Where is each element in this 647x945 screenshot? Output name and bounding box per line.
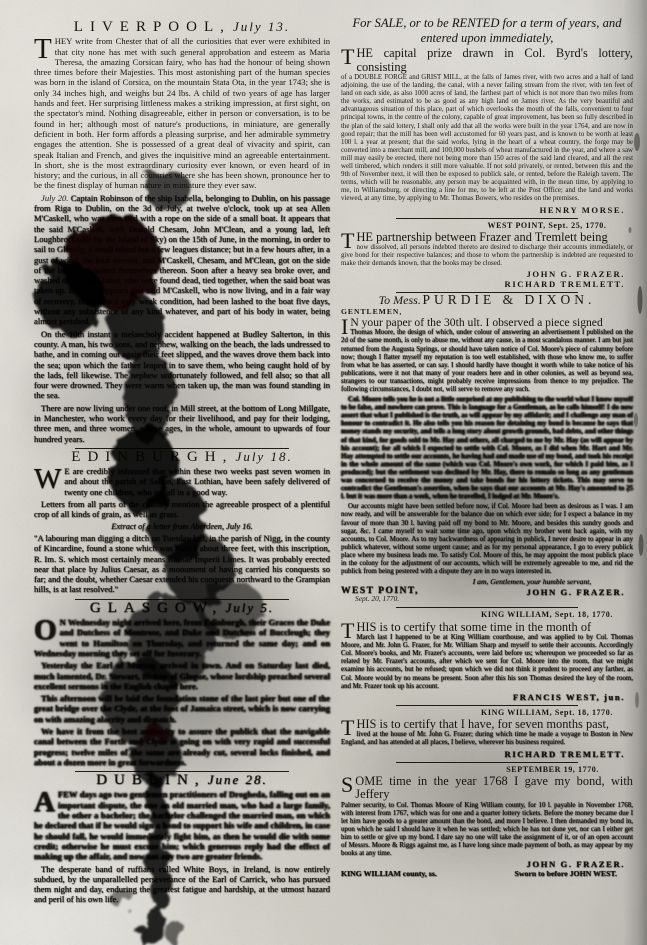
drop-cap: O xyxy=(34,617,60,642)
drop-cap: S xyxy=(341,775,355,794)
left-column: LIVERPOOL, July 13. THEY write from Ches… xyxy=(34,20,330,907)
drop-cap: T xyxy=(341,621,356,640)
drop-cap: T xyxy=(341,718,356,737)
paragraph-text: FEW days ago two gentlemen practitioners… xyxy=(34,789,330,861)
section-divider xyxy=(396,607,577,608)
drop-cap: T xyxy=(341,47,356,66)
dateline-king-william-1: KING WILLIAM, Sept. 18, 1770. xyxy=(341,611,633,619)
paragraph: "A labouring man digging a ditch on Tues… xyxy=(34,533,330,595)
paragraph: WE are credibly informed that within the… xyxy=(34,466,330,497)
paragraph-text: There are now living under one roof, in … xyxy=(34,403,330,444)
paragraph-text: We have it from the best authority to as… xyxy=(34,726,330,767)
drop-cap: I xyxy=(341,317,350,336)
letter-paragraph: Col. Moore tells you he is not a little … xyxy=(341,396,633,501)
paragraph: Letters from all parts of the country me… xyxy=(34,499,330,520)
paragraph: This afternoon will be laid the foundati… xyxy=(34,693,330,724)
letter-text: Col. Moore tells you he is not a little … xyxy=(341,396,633,500)
headline-date: June 28. xyxy=(208,772,268,787)
letter-signature-row: WEST POINT, Sept. 20, 1770. JOHN G. FRAZ… xyxy=(341,587,633,603)
drop-cap: A xyxy=(34,789,58,814)
paragraph-text: Captain Robinson of the ship Isabella, b… xyxy=(34,193,330,327)
paragraph-text: Letters from all parts of the country me… xyxy=(34,499,330,519)
letter-paragraph: Our accounts might have been settled bef… xyxy=(341,503,633,576)
paragraph-text: On the 10th instant a melancholy acciden… xyxy=(34,329,330,401)
certificate-lead: HIS is to certify that I have, for seven… xyxy=(356,717,609,731)
letter-paragraph: IN your paper of the 30th ult. I observe… xyxy=(341,317,633,394)
signature-john-g-frazer: JOHN G. FRAZER. xyxy=(341,860,633,868)
notice: SOME time in the year 1768 I gave my bon… xyxy=(341,775,633,859)
certificate: THIS is to certify that some time in the… xyxy=(341,621,633,691)
paragraph: We have it from the best authority to as… xyxy=(34,726,330,767)
signature-francis-west: FRANCIS WEST, jun. xyxy=(341,693,633,701)
for-sale-heading: For SALE, or to be RENTED for a term of … xyxy=(341,16,633,45)
paragraph-text: "A labouring man digging a ditch on Tues… xyxy=(34,533,330,594)
paragraph: The desperate band of ruffians called Wh… xyxy=(34,864,330,905)
notice-lead: OME time in the year 1768 I gave my bond… xyxy=(355,774,633,802)
notice-lead: HE partnership between Frazer and Tremle… xyxy=(356,230,607,244)
letter-text: Thomas Moore, the design of which, under… xyxy=(341,329,633,393)
signature-richard-tremlett: RICHARD TREMLETT. xyxy=(341,280,633,288)
paragraph-text: HEY write from Chester that of all the c… xyxy=(34,36,330,190)
headline-city: EDINBURGH, xyxy=(71,449,233,465)
headline-liverpool: LIVERPOOL, July 13. xyxy=(34,22,330,33)
paragraph: July 20. Captain Robinson of the ship Is… xyxy=(34,193,330,327)
section-divider xyxy=(396,218,577,219)
headline-city: GLASGOW, xyxy=(90,600,223,616)
headline-date: July 5. xyxy=(225,600,274,615)
certificate-text: lived at the house of Mr. John G. Frazer… xyxy=(341,731,633,746)
sworn-county: KING WILLIAM county, ss. xyxy=(341,870,437,878)
extract-heading: Extract of a letter from Aberdeen, July … xyxy=(34,522,330,532)
newspaper-page: LIVERPOOL, July 13. THEY write from Ches… xyxy=(0,0,647,945)
headline-city: LIVERPOOL, xyxy=(74,19,231,35)
notice-text: now dissolved, all persons indebted ther… xyxy=(341,244,633,267)
headline-date: July 13. xyxy=(233,19,290,34)
paragraph-text: E are credibly informed that within thes… xyxy=(64,466,330,497)
paragraph-text: N Wednesday night arrived here, from Edi… xyxy=(34,617,330,658)
certificate-lead: HIS is to certify that some time in the … xyxy=(356,620,591,634)
letter-to: To Mess. xyxy=(379,293,421,307)
letter-salutation: GENTLEMEN, xyxy=(341,308,633,316)
notice-text: Palmer security, to Col. Thomas Moore of… xyxy=(341,802,633,858)
letter-place: WEST POINT, xyxy=(341,587,419,595)
drop-cap: T xyxy=(341,231,356,250)
signature-john-g-frazer: JOHN G. FRAZER. xyxy=(527,588,633,596)
ad-lead: HE capital prize drawn in Col. Byrd's lo… xyxy=(356,46,633,74)
signature-john-g-frazer: JOHN G. FRAZER. xyxy=(341,270,633,278)
dateline-west-point: WEST POINT, Sept. 25, 1770. xyxy=(341,222,633,230)
certificate-text: March last I happened to be at King Will… xyxy=(341,634,633,690)
paragraph-lead: July 20. xyxy=(41,193,68,203)
headline-edinburgh: EDINBURGH, July 18. xyxy=(34,452,330,463)
signature-richard-tremlett: RICHARD TREMLETT. xyxy=(341,750,633,758)
paragraph: There are now living under one roof, in … xyxy=(34,403,330,444)
right-column: For SALE, or to be RENTED for a term of … xyxy=(341,16,633,878)
dateline-king-william-2: KING WILLIAM, Sept. 18, 1770. xyxy=(341,709,633,717)
paragraph: On the 10th instant a melancholy acciden… xyxy=(34,329,330,401)
for-sale-line2: entered upon immediately, xyxy=(341,31,633,46)
headline-dublin: DUBLIN, June 28. xyxy=(34,775,330,786)
headline-date: July 18. xyxy=(236,449,293,464)
letter-text: Our accounts might have been settled bef… xyxy=(341,503,633,575)
drop-cap: T xyxy=(34,36,55,61)
paragraph: ON Wednesday night arrived here, from Ed… xyxy=(34,617,330,658)
certificate: THIS is to certify that I have, for seve… xyxy=(341,718,633,748)
for-sale-line1: For SALE, or to be RENTED for a term of … xyxy=(341,16,633,31)
letter-heading: To Mess. PURDIE & DIXON. xyxy=(341,296,633,307)
notice: THE partnership between Frazer and Treml… xyxy=(341,231,633,269)
letter-addressees: PURDIE & DIXON. xyxy=(423,292,596,307)
dateline-september: SEPTEMBER 19, 1770. xyxy=(341,766,633,774)
letter-place-block: WEST POINT, Sept. 20, 1770. xyxy=(341,587,419,603)
sworn-before: Sworn to before JOHN WEST. xyxy=(515,870,617,878)
letter-date: Sept. 20, 1770. xyxy=(341,595,419,603)
section-divider xyxy=(396,705,577,706)
paragraph: AFEW days ago two gentlemen practitioner… xyxy=(34,789,330,861)
signature-henry-morse: HENRY MORSE. xyxy=(341,206,633,214)
paragraph-text: Yesterday the Earl of Murray arrived in … xyxy=(34,660,330,691)
paragraph-text: This afternoon will be laid the foundati… xyxy=(34,693,330,724)
sworn-statement-row: KING WILLIAM county, ss. Sworn to before… xyxy=(341,870,633,878)
section-divider xyxy=(396,762,577,763)
paragraph: THEY write from Chester that of all the … xyxy=(34,36,330,190)
drop-cap: W xyxy=(34,466,64,491)
headline-city: DUBLIN, xyxy=(96,772,205,788)
advertisement: THE capital prize drawn in Col. Byrd's l… xyxy=(341,47,633,204)
headline-glasgow: GLASGOW, July 5. xyxy=(34,603,330,614)
paragraph: Yesterday the Earl of Murray arrived in … xyxy=(34,660,330,691)
letter-lead: N your paper of the 30th ult. I observed… xyxy=(350,316,602,329)
paragraph-text: The desperate band of ruffians called Wh… xyxy=(34,864,330,905)
ad-text: of a DOUBLE FORGE and GRIST MILL, at the… xyxy=(341,74,633,202)
